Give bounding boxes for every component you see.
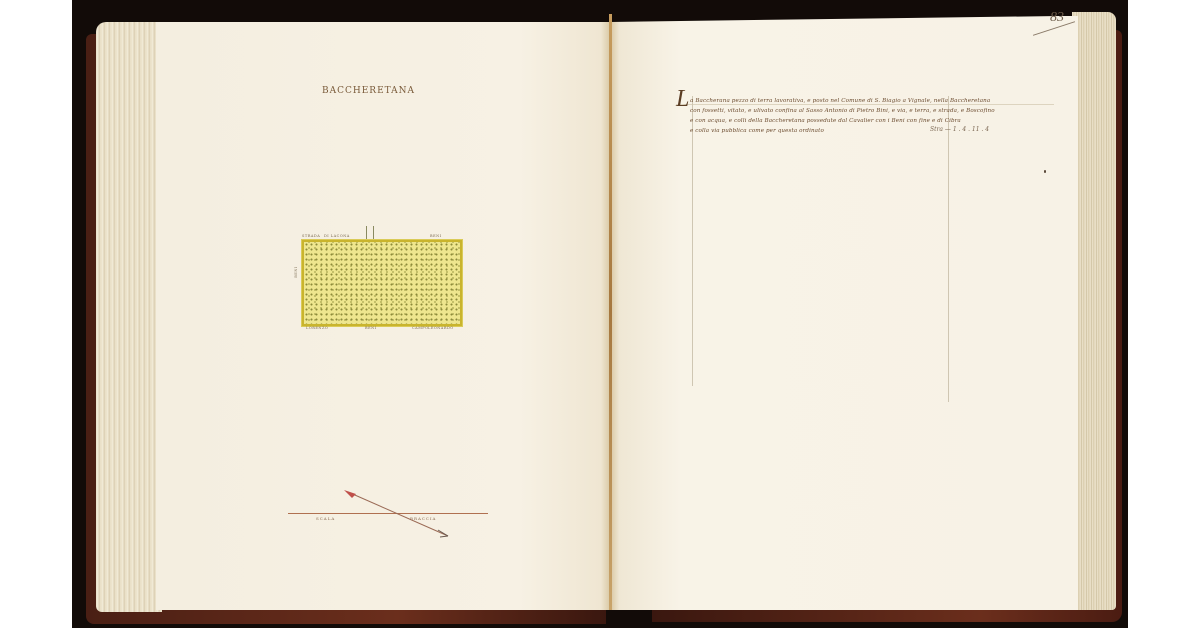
book-photo: BACCHERETANA STRADA DI LACONA BENI BENI … xyxy=(72,0,1128,628)
ruled-line xyxy=(676,104,1054,105)
margin-rule-left xyxy=(692,96,693,386)
estate-map-plot xyxy=(302,240,462,326)
text-line-2: con fossetti, vitato, e ulivato confina … xyxy=(690,108,995,114)
map-label-top-left: STRADA xyxy=(302,234,320,238)
map-label-top-right: BENI xyxy=(430,234,442,238)
map-label-bottom-right-1: CAMPO xyxy=(412,326,429,330)
area-total-label: Stra xyxy=(930,126,943,133)
area-total: Stra — 1 . 4 . 11 . 4 xyxy=(930,126,989,133)
text-line-4: e colla via pubblica come per questa ord… xyxy=(690,128,824,134)
margin-rule-right xyxy=(948,96,949,402)
text-line-1: a Baccherana pezzo di terra lavorativa, … xyxy=(690,98,990,104)
book-gutter xyxy=(609,14,612,610)
right-page-stack xyxy=(1072,12,1116,610)
compass-arrow-icon xyxy=(342,490,454,540)
map-label-bottom-left: LORENZO xyxy=(306,326,328,330)
map-label-bottom-mid: BENI xyxy=(365,326,377,330)
folio-number: 83 xyxy=(1050,10,1064,26)
decorated-initial: L xyxy=(676,86,689,113)
area-total-value: 1 . 4 . 11 . 4 xyxy=(953,126,989,133)
map-label-bottom-right-2: LEONARDO xyxy=(428,326,454,330)
text-line-3: e con acqua, e colli della Baccheretana … xyxy=(690,118,961,124)
estate-title: BACCHERETANA xyxy=(322,86,415,96)
map-label-left-side: BENI xyxy=(294,266,298,278)
ink-spot xyxy=(1044,170,1046,173)
map-label-top-mid: DI LACONA xyxy=(324,234,350,238)
left-page-stack xyxy=(96,22,162,612)
scale-label-left: SCALA xyxy=(316,516,335,521)
